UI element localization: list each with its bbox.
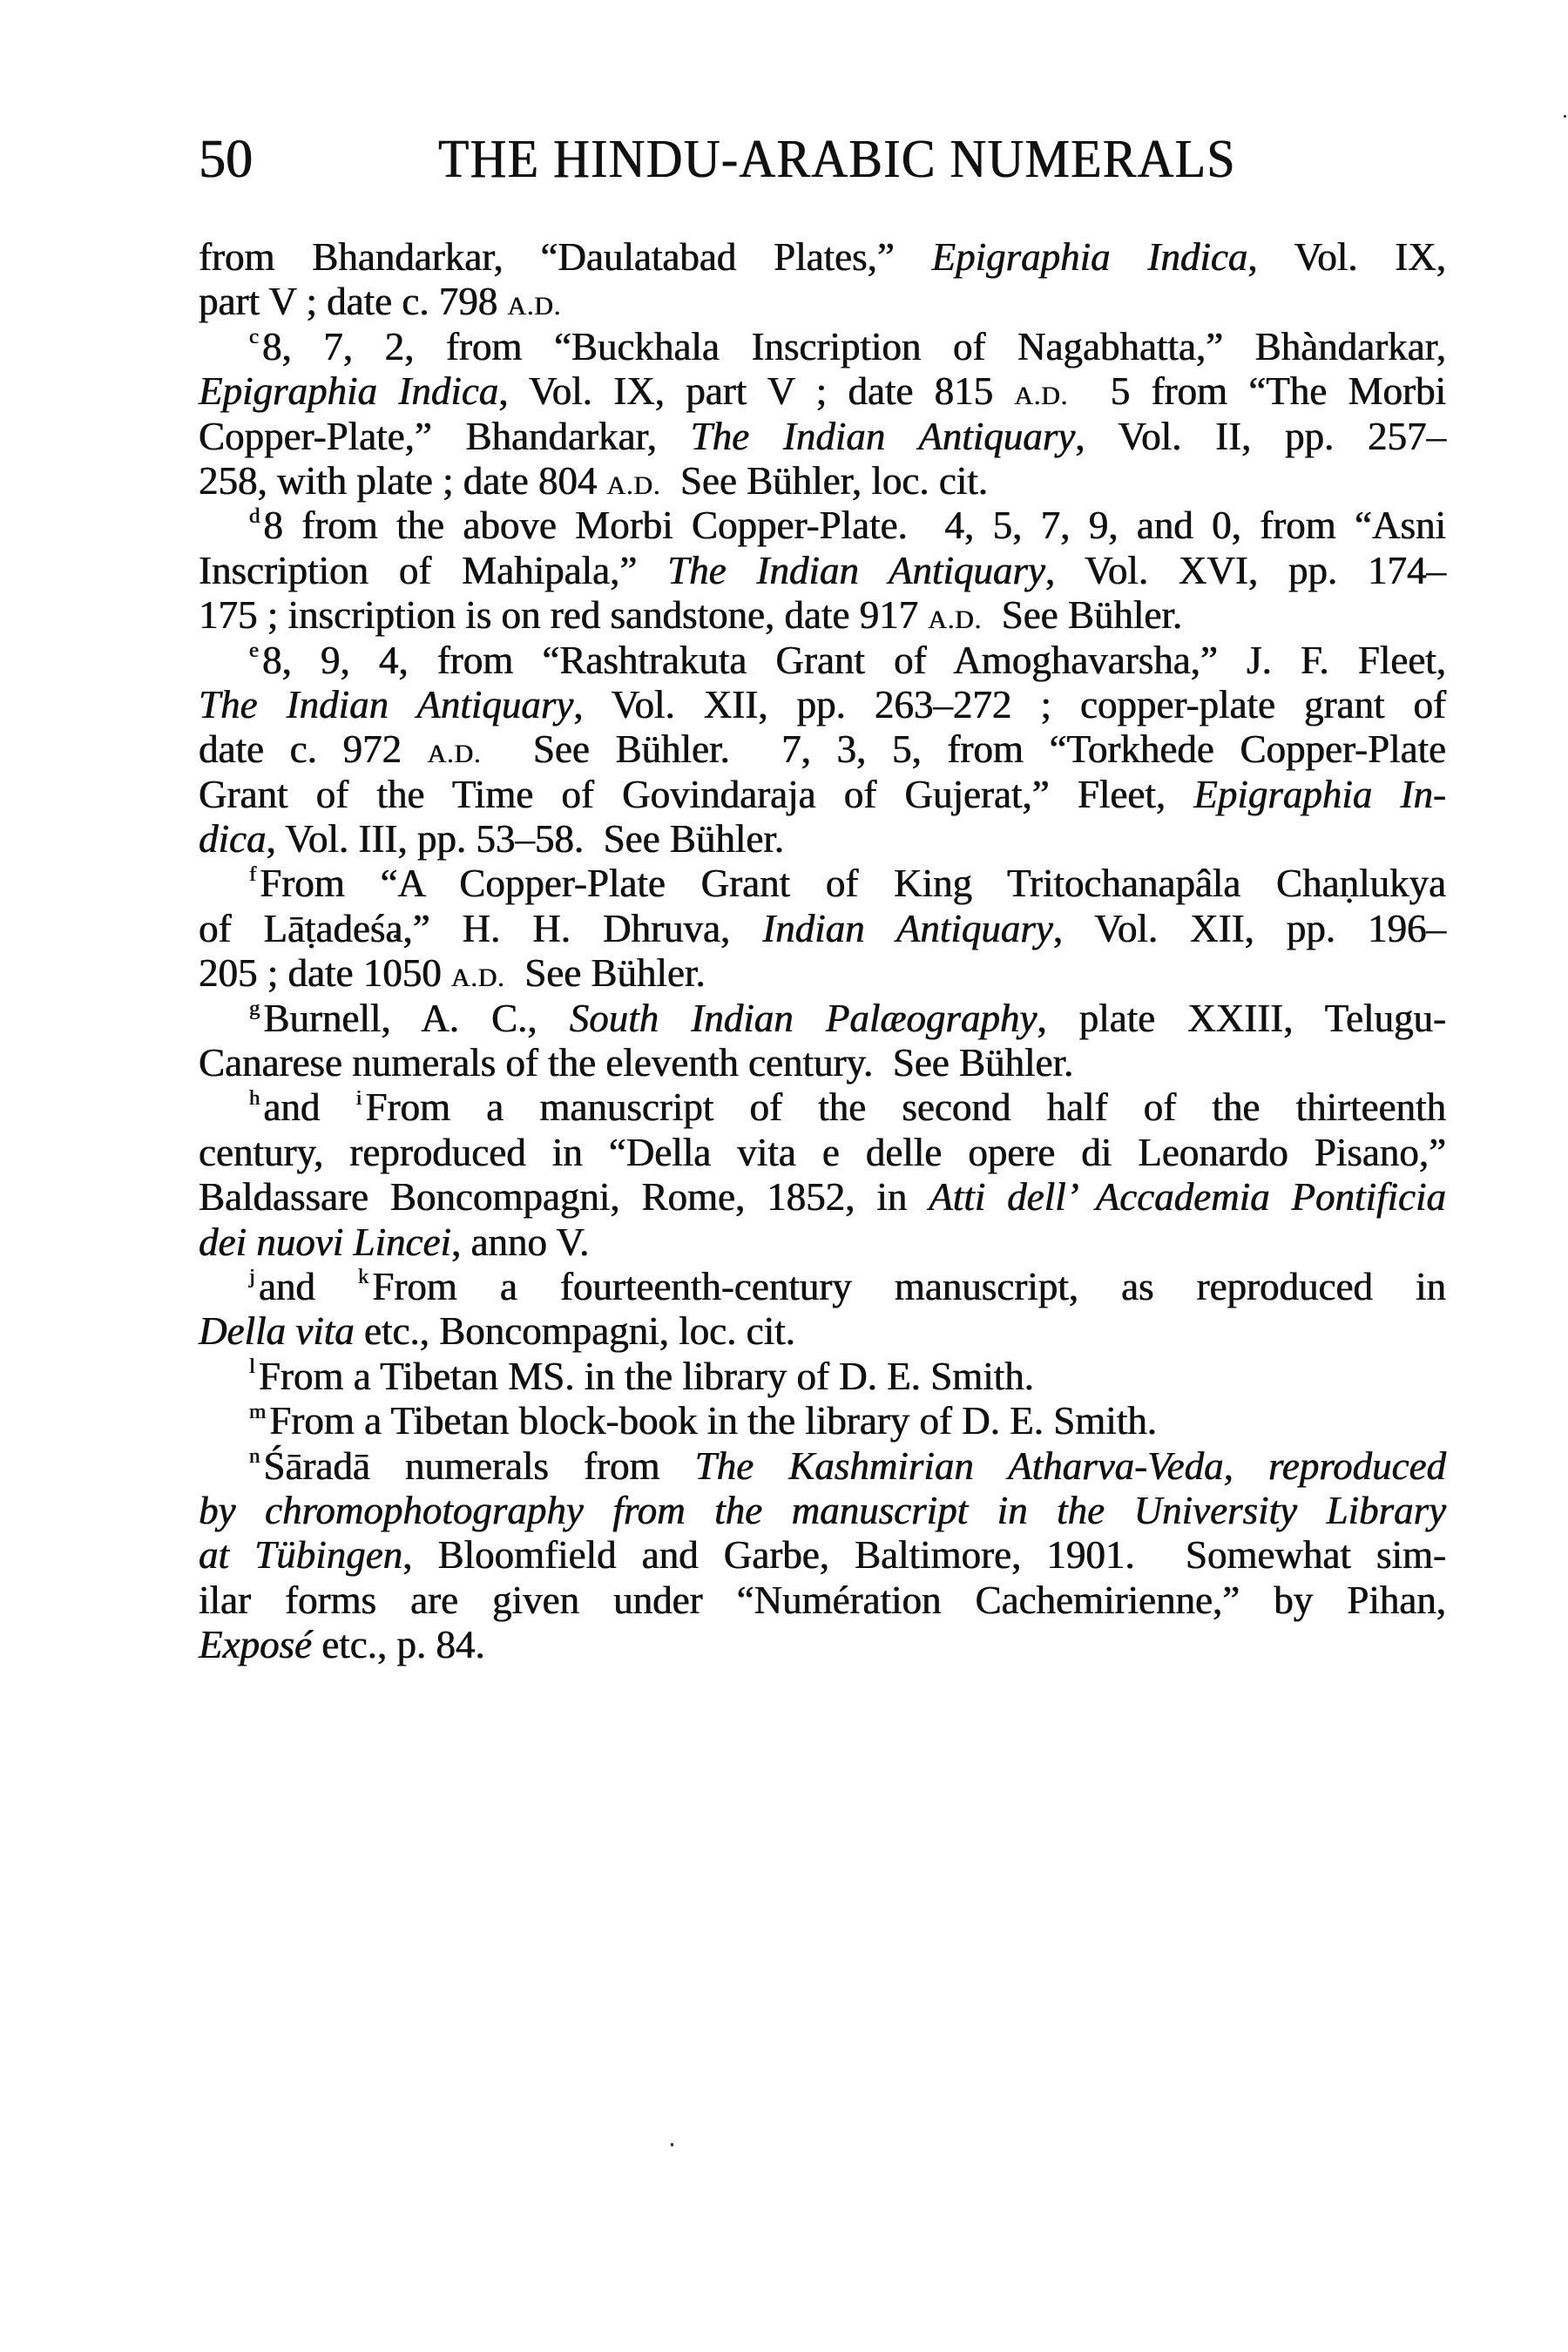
text-run: from Bhandarkar, “Daulatabad Plates,” [199,235,932,279]
text-run: , Bloomfield and Garbe, Baltimore, 1901.… [402,1533,1446,1577]
text-run: , Vol. XVI, pp. 174– [1045,549,1446,592]
footnote-marker: c [249,325,259,348]
era-abbrev: A.D. [428,740,482,768]
footnote-marker: l [249,1355,255,1378]
text-line: part V ; date c. 798 A.D. [199,280,1446,324]
footnote-marker: k [358,1265,368,1288]
italic-title: Della vita [199,1309,355,1353]
text-run: From a fourteenth-century manuscript, as… [372,1265,1446,1308]
text-run: Śāradā numerals from [263,1444,694,1488]
italic-title: The Kashmirian Atharva-Veda, reproduced [695,1444,1446,1488]
text-run: See Bühler. [505,951,706,995]
italic-title: dica [199,817,266,861]
text-line: c8, 7, 2, from “Buckhala Inscription of … [199,325,1446,369]
italic-title: at Tübingen [199,1533,402,1577]
text-line: hand iFrom a manuscript of the second ha… [199,1085,1446,1130]
text-run: , anno V. [451,1220,589,1264]
footnote-marker: m [249,1400,266,1423]
footnote-marker: n [249,1444,260,1468]
text-line: Exposé etc., p. 84. [199,1623,1446,1667]
text-run: , Vol. IX, [1247,235,1446,279]
text-line: Grant of the Time of Govindaraja of Guje… [199,773,1446,817]
text-run: century, reproduced in “Della vita e del… [199,1131,1446,1174]
text-run: From “A Copper-Plate Grant of King Trito… [260,862,1446,905]
text-run: From a Tibetan block-book in the library… [269,1399,1157,1443]
book-page: 50 THE HINDU-ARABIC NUMERALS from Bhanda… [0,0,1568,2352]
italic-title: Atti dell’ Accademia Pontificia [929,1175,1446,1219]
text-run: , plate XXIII, Telugu- [1037,997,1446,1040]
italic-title: Indian Antiquary [762,907,1053,950]
footnote-marker: f [249,862,256,886]
text-line: jand kFrom a fourteenth-century manuscri… [199,1265,1446,1309]
italic-title: The Indian Antiquary [691,415,1076,458]
text-run: , Vol. III, pp. 53–58. See Bühler. [266,817,784,861]
text-line: d8 from the above Morbi Copper-Plate. 4,… [199,504,1446,548]
text-run: 175 ; inscription is on red sandstone, d… [199,593,928,637]
italic-title: Exposé [199,1623,312,1666]
era-abbrev: A.D. [607,472,661,500]
text-run: , Vol. IX, part V ; date 815 [498,369,1014,413]
italic-title: Epigraphia Indica [932,235,1248,279]
text-line: e8, 9, 4, from “Rashtrakuta Grant of Amo… [199,639,1446,683]
text-line: nŚāradā numerals from The Kashmirian Ath… [199,1444,1446,1489]
text-run: See Bühler, loc. cit. [660,459,988,503]
footnotes-body: from Bhandarkar, “Daulatabad Plates,” Ep… [199,235,1446,1668]
text-line: by chromophotography from the manuscript… [199,1489,1446,1533]
text-run: etc., Boncompagni, loc. cit. [355,1309,795,1353]
text-run: 205 ; date 1050 [199,951,451,995]
text-line: 175 ; inscription is on red sandstone, d… [199,593,1446,638]
text-run: Inscription of Mahipala,” [199,549,667,592]
text-run: 258, with plate ; date 804 [199,459,607,503]
footnote-marker: j [249,1265,255,1288]
text-run: See Bühler. [982,593,1182,637]
text-run: Baldassare Boncompagni, Rome, 1852, in [199,1175,929,1219]
footnote-marker: d [249,504,260,528]
italic-title: dei nuovi Lincei [199,1220,451,1264]
text-run: , Vol. XII, pp. 263–272 ; copper-plate g… [573,683,1446,727]
text-run: part V ; date c. 798 [199,280,508,323]
footnote-marker: i [356,1086,362,1110]
text-run: ilar forms are given under “Numération C… [199,1578,1446,1622]
running-title: THE HINDU-ARABIC NUMERALS [438,129,1236,190]
text-run: date c. 972 [199,727,428,771]
text-line: dei nuovi Lincei, anno V. [199,1220,1446,1265]
text-line: Epigraphia Indica, Vol. IX, part V ; dat… [199,369,1446,414]
text-line: Inscription of Mahipala,” The Indian Ant… [199,549,1446,593]
scan-speck [671,2143,673,2146]
text-line: The Indian Antiquary, Vol. XII, pp. 263–… [199,683,1446,727]
text-run: From a manuscript of the second half of … [365,1085,1446,1129]
footnote-marker: g [249,997,260,1020]
text-line: 258, with plate ; date 804 A.D. See Bühl… [199,459,1446,504]
text-line: century, reproduced in “Della vita e del… [199,1131,1446,1175]
era-abbrev: A.D. [451,964,505,992]
italic-title: South Indian Palæography [570,997,1037,1040]
era-abbrev: A.D. [1014,382,1068,410]
italic-title: Epigraphia Indica [199,369,498,413]
text-run: 8, 7, 2, from “Buckhala Inscription of N… [262,325,1446,368]
footnote-marker: e [249,639,259,662]
text-line: date c. 972 A.D. See Bühler. 7, 3, 5, fr… [199,727,1446,772]
text-run: and [263,1085,355,1129]
text-line: Copper-Plate,” Bhandarkar, The Indian An… [199,415,1446,459]
era-abbrev: A.D. [508,293,562,321]
era-abbrev: A.D. [928,606,982,634]
text-run: of Lāṭadeśa,” H. H. Dhruva, [199,907,762,950]
text-line: of Lāṭadeśa,” H. H. Dhruva, Indian Antiq… [199,907,1446,951]
text-run: , Vol. XII, pp. 196– [1053,907,1446,950]
running-head: 50 THE HINDU-ARABIC NUMERALS [199,129,1244,190]
text-run: , Vol. II, pp. 257– [1075,415,1446,458]
text-line: dica, Vol. III, pp. 53–58. See Bühler. [199,817,1446,862]
italic-title: The Indian Antiquary [199,683,573,727]
text-run: 5 from “The Morbi [1068,369,1446,413]
text-line: fFrom “A Copper-Plate Grant of King Trit… [199,862,1446,906]
text-run: Copper-Plate,” Bhandarkar, [199,415,691,458]
italic-title: Epigraphia In- [1193,773,1446,816]
text-line: mFrom a Tibetan block-book in the librar… [199,1399,1446,1443]
text-line: at Tübingen, Bloomfield and Garbe, Balti… [199,1533,1446,1578]
text-run: Burnell, A. C., [263,997,569,1040]
scan-speck [394,935,397,938]
text-run: etc., p. 84. [312,1623,485,1666]
text-line: Della vita etc., Boncompagni, loc. cit. [199,1309,1446,1354]
text-line: from Bhandarkar, “Daulatabad Plates,” Ep… [199,235,1446,280]
text-run: 8 from the above Morbi Copper-Plate. 4, … [263,504,1446,547]
text-run: Grant of the Time of Govindaraja of Guje… [199,773,1193,816]
text-run: From a Tibetan MS. in the library of D. … [259,1355,1034,1398]
text-line: ilar forms are given under “Numération C… [199,1578,1446,1623]
text-run: Canarese numerals of the eleventh centur… [199,1041,1073,1085]
text-line: 205 ; date 1050 A.D. See Bühler. [199,951,1446,996]
italic-title: The Indian Antiquary [667,549,1045,592]
text-line: gBurnell, A. C., South Indian Palæograph… [199,997,1446,1041]
italic-title: by chromophotography from the manuscript… [199,1489,1446,1532]
page-number: 50 [199,129,253,190]
text-run: 8, 9, 4, from “Rashtrakuta Grant of Amog… [262,639,1446,682]
text-line: Canarese numerals of the eleventh centur… [199,1041,1446,1085]
scan-speck [1564,115,1566,118]
text-run: and [259,1265,358,1308]
text-line: lFrom a Tibetan MS. in the library of D.… [199,1355,1446,1399]
footnote-marker: h [249,1086,260,1110]
text-line: Baldassare Boncompagni, Rome, 1852, in A… [199,1175,1446,1220]
text-run: See Bühler. 7, 3, 5, from “Torkhede Copp… [481,727,1446,771]
